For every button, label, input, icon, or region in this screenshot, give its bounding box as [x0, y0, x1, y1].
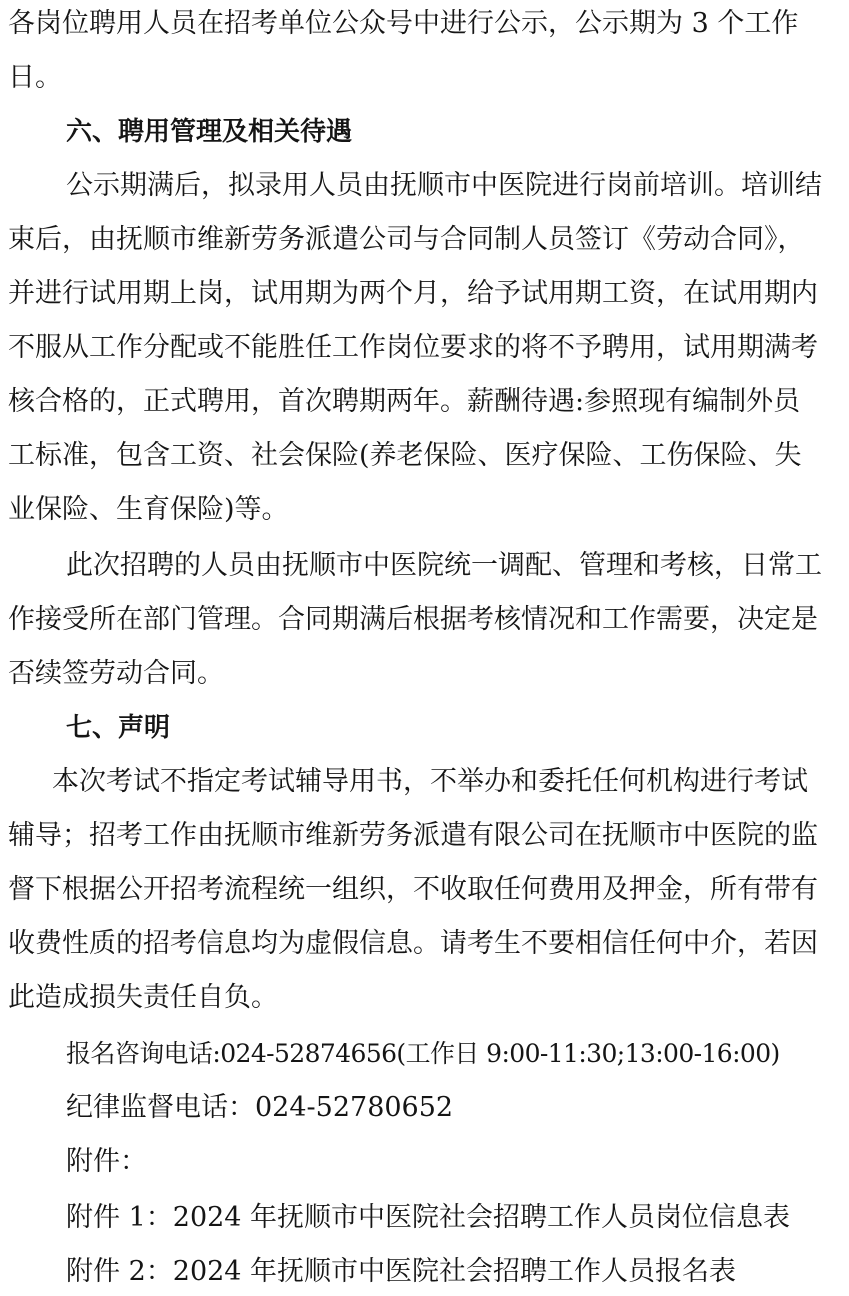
section-seven-p1-line-2: 辅导；招考工作由抚顺市维新劳务派遣有限公司在抚顺市中医院的监	[8, 818, 818, 854]
section-seven-p1-line-1: 本次考试不指定考试辅导用书，不举办和委托任何机构进行考试	[52, 764, 808, 800]
attachment-item-1: 附件 1：2024 年抚顺市中医院社会招聘工作人员岗位信息表	[66, 1200, 790, 1236]
section-six-p1-line-3: 并进行试用期上岗，试用期为两个月，给予试用期工资，在试用期内	[8, 276, 818, 312]
attachment-item-2: 附件 2：2024 年抚顺市中医院社会招聘工作人员报名表	[66, 1254, 736, 1290]
section-six-p2-line-1: 此次招聘的人员由抚顺市中医院统一调配、管理和考核，日常工	[66, 548, 822, 584]
intro-line-2: 日。	[8, 60, 62, 96]
section-six-p1-line-4: 不服从工作分配或不能胜任工作岗位要求的将不予聘用，试用期满考	[8, 330, 818, 366]
section-seven-p1-line-3: 督下根据公开招考流程统一组织，不收取任何费用及押金，所有带有	[8, 872, 818, 908]
section-six-heading: 六、聘用管理及相关待遇	[66, 114, 352, 150]
section-six-p1-line-6: 工标准，包含工资、社会保险(养老保险、医疗保险、工伤保险、失	[8, 438, 802, 474]
section-six-p1-line-5: 核合格的，正式聘用，首次聘期两年。薪酬待遇:参照现有编制外员	[8, 384, 800, 420]
section-six-p1-line-1: 公示期满后，拟录用人员由抚顺市中医院进行岗前培训。培训结	[66, 168, 822, 204]
section-seven-p1-line-5: 此造成损失责任自负。	[8, 980, 278, 1016]
registration-phone: 报名咨询电话:024-52874656(工作日 9:00-11:30;13:00…	[66, 1036, 780, 1072]
section-six-p1-line-7: 业保险、生育保险)等。	[8, 492, 289, 528]
section-six-p1-line-2: 束后，由抚顺市维新劳务派遣公司与合同制人员签订《劳动合同》，	[8, 222, 805, 258]
section-six-p2-line-3: 否续签劳动合同。	[8, 656, 224, 692]
section-seven-heading: 七、声明	[66, 710, 170, 746]
section-seven-p1-line-4: 收费性质的招考信息均为虚假信息。请考生不要相信任何中介，若因	[8, 926, 818, 962]
section-six-p2-line-2: 作接受所在部门管理。合同期满后根据考核情况和工作需要，决定是	[8, 602, 818, 638]
discipline-phone: 纪律监督电话：024-52780652	[66, 1090, 453, 1126]
intro-line-1: 各岗位聘用人员在招考单位公众号中进行公示，公示期为 3 个工作	[8, 6, 798, 42]
attachments-label: 附件：	[66, 1144, 147, 1180]
document-page: 各岗位聘用人员在招考单位公众号中进行公示，公示期为 3 个工作 日。 六、聘用管…	[0, 0, 849, 1296]
